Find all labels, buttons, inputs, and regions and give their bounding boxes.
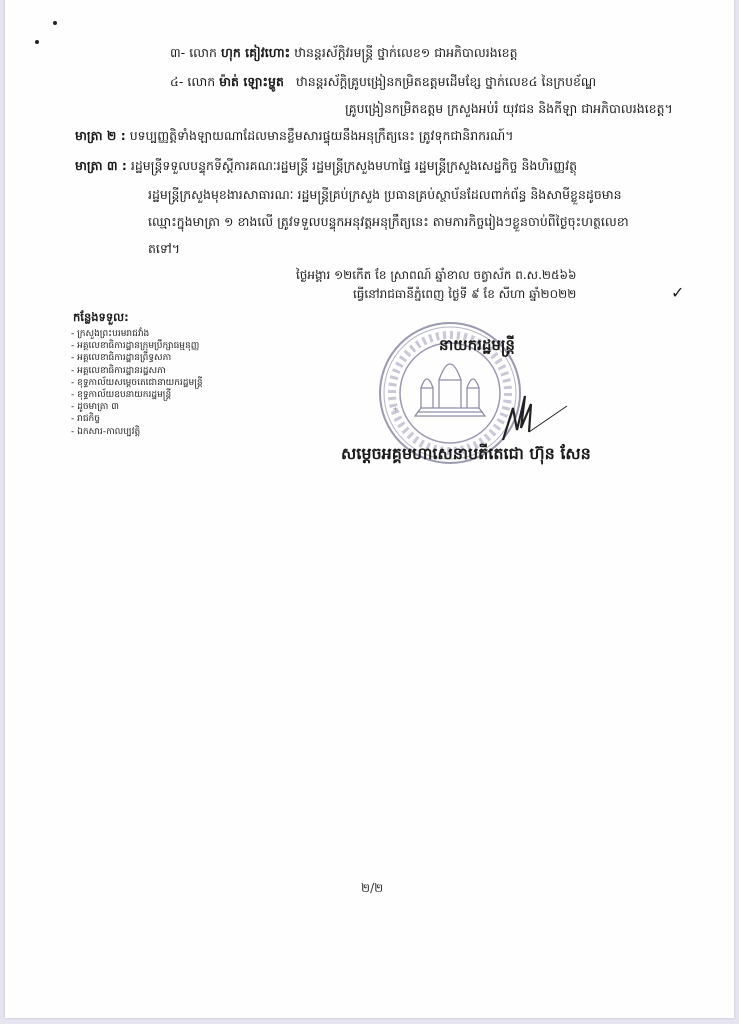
item-text: ឋានន្តរស័ក្តិវរមន្ត្រី ថ្នាក់លេខ១ ជាអភិប… [294,45,517,60]
page-number: ២/២ [361,880,383,898]
cc-item: ដូចមាត្រា ៣ [71,401,203,413]
item-4: ៤- លោក ម៉ាត់ ឡោះម្ហូត ឋានន្តរស័ក្តិគ្រូប… [170,73,596,91]
speck [35,40,39,44]
article-label: មាត្រា ៣ : [75,158,127,173]
signer-name: សម្តេចអគ្គមហាសេនាបតីតេជោ ហ៊ុន សែន [341,443,591,467]
item-number: ៣- [170,45,185,60]
cc-item: ឯកសារ-កាលប្បវត្តិ [71,426,203,438]
article-3: មាត្រា ៣ : រដ្ឋមន្ត្រីទទួលបន្ទុកទីស្តីកា… [75,157,577,175]
cc-item: រាជកិច្ច [71,413,203,425]
item-text-continued: គ្រូបង្រៀនកម្រិតឧត្តម ក្រសួងអប់រំ យុវជន … [345,100,673,118]
item-title: លោក [189,45,217,60]
item-title: លោក [187,74,215,89]
signature-icon [495,388,575,448]
cc-item: ក្រសួងព្រះបរមរាជវាំង [71,328,203,340]
article-text: បទប្បញ្ញត្តិទាំងឡាយណាដែលមានខ្លឹមសារផ្ទុយ… [130,128,514,143]
article-label: មាត្រា ២ : [75,128,126,143]
article-text: រដ្ឋមន្ត្រីទទួលបន្ទុកទីស្តីការគណៈរដ្ឋមន្… [131,158,577,173]
item-3: ៣- លោក ហុក គៀវហោះ ឋានន្តរស័ក្តិវរមន្ត្រី… [170,44,518,62]
item-text: ឋានន្តរស័ក្តិគ្រូបង្រៀនកម្រិតឧត្តមដើមខ្ស… [296,74,596,89]
cc-item: អគ្គលេខាធិការដ្ឋានក្រុមប្រឹក្សាធម្មនុញ្ញ [71,340,203,352]
article-text: តទៅ។ [148,240,180,258]
cc-item: អគ្គលេខាធិការដ្ឋានរដ្ឋសភា [71,365,203,377]
speck [53,21,57,25]
item-number: ៤- [170,74,183,89]
cc-title: កន្លែងទទួល: [73,310,129,327]
article-text: រដ្ឋមន្ត្រីក្រសួងមុខងារសាធារណៈ រដ្ឋមន្ត្… [148,186,622,204]
cc-item: ខុទ្ទកាល័យសម្តេចតេជោនាយករដ្ឋមន្ត្រី [71,377,203,389]
article-text: ឈ្មោះក្នុងមាត្រា ១ ខាងលើ ត្រូវទទួលបន្ទុក… [148,213,629,231]
article-2: មាត្រា ២ : បទប្បញ្ញត្តិទាំងឡាយណាដែលមានខ្… [75,127,514,145]
signature-title: នាយករដ្ឋមន្ត្រី [439,336,515,358]
document-page: ៣- លោក ហុក គៀវហោះ ឋានន្តរស័ក្តិវរមន្ត្រី… [5,0,734,1018]
cc-item: អគ្គលេខាធិការដ្ឋានព្រឹទ្ធសភា [71,352,203,364]
date-lunar: ថ្ងៃអង្គារ ១២កើត ខែ ស្រាពណ៍ ឆ្នាំខាល ចត្… [296,266,576,284]
cc-list: ក្រសួងព្រះបរមរាជវាំង អគ្គលេខាធិការដ្ឋានក… [71,328,203,438]
check-mark-icon: ✓ [671,283,684,302]
cc-item: ខុទ្ទកាល័យឧបនាយករដ្ឋមន្ត្រី [71,389,203,401]
item-name: ម៉ាត់ ឡោះម្ហូត [219,74,284,89]
svg-text:*: * [393,406,398,417]
date-solar: ធ្វើនៅរាជធានីភ្នំពេញ ថ្ងៃទី ៩ ខែ សីហា ឆ្… [353,285,576,303]
item-name: ហុក គៀវហោះ [221,45,290,60]
